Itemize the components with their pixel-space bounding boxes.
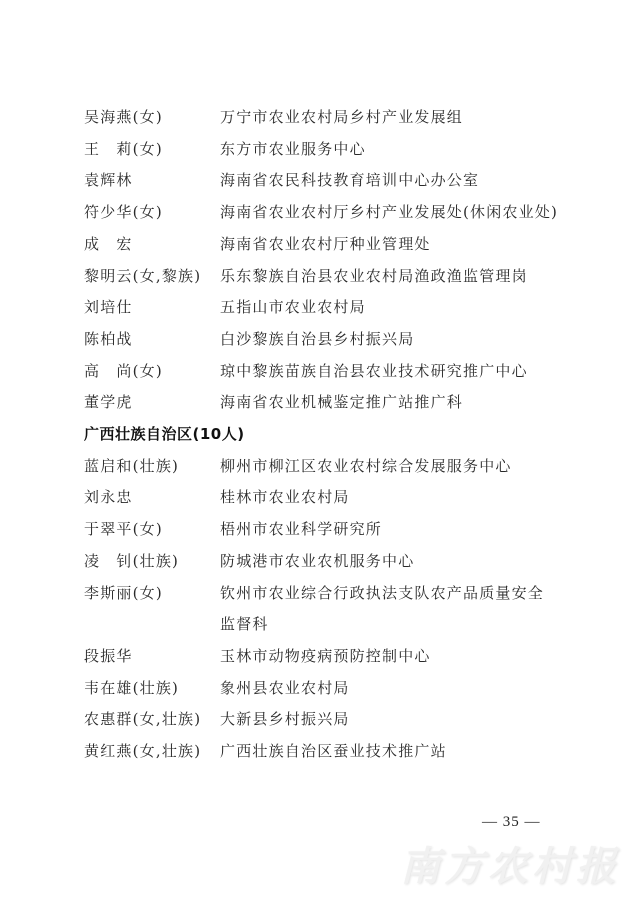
person-name: 蓝启和(壮族) [84, 451, 220, 483]
list-item: 董学虎 海南省农业机械鉴定推广站推广科 [84, 387, 564, 419]
organization: 海南省农业农村厅种业管理处 [220, 229, 560, 261]
organization: 大新县乡村振兴局 [220, 704, 560, 736]
page-number: — 35 — [482, 814, 541, 831]
person-name: 高 尚(女) [84, 356, 220, 388]
list-item: 蓝启和(壮族) 柳州市柳江区农业农村综合发展服务中心 [84, 451, 564, 483]
person-name: 李斯丽(女) [84, 578, 220, 610]
organization: 万宁市农业农村局乡村产业发展组 [220, 102, 560, 134]
list-item: 凌 钊(壮族) 防城港市农业农机服务中心 [84, 546, 564, 578]
person-name: 段振华 [84, 641, 220, 673]
list-item: 刘永忠 桂林市农业农村局 [84, 482, 564, 514]
person-name: 吴海燕(女) [84, 102, 220, 134]
person-name: 刘永忠 [84, 482, 220, 514]
person-name: 于翠平(女) [84, 514, 220, 546]
document-page: 吴海燕(女) 万宁市农业农村局乡村产业发展组 王 莉(女) 东方市农业服务中心 … [0, 0, 640, 905]
person-name: 符少华(女) [84, 197, 220, 229]
person-name: 刘培仕 [84, 292, 220, 324]
list-item: 符少华(女) 海南省农业农村厅乡村产业发展处(休闲农业处) [84, 197, 564, 229]
list-item: 黎明云(女,黎族) 乐东黎族自治县农业农村局渔政渔监管理岗 [84, 261, 564, 293]
organization: 防城港市农业农机服务中心 [220, 546, 560, 578]
list-item: 高 尚(女) 琼中黎族苗族自治县农业技术研究推广中心 [84, 356, 564, 388]
organization: 钦州市农业综合行政执法支队农产品质量安全监督科 [220, 578, 560, 641]
honoree-list: 吴海燕(女) 万宁市农业农村局乡村产业发展组 王 莉(女) 东方市农业服务中心 … [84, 102, 564, 768]
list-item: 黄红燕(女,壮族) 广西壮族自治区蚕业技术推广站 [84, 736, 564, 768]
list-item: 段振华 玉林市动物疫病预防控制中心 [84, 641, 564, 673]
organization: 琼中黎族苗族自治县农业技术研究推广中心 [220, 356, 560, 388]
person-name: 陈柏战 [84, 324, 220, 356]
organization: 象州县农业农村局 [220, 673, 560, 705]
list-item: 农惠群(女,壮族) 大新县乡村振兴局 [84, 704, 564, 736]
organization: 东方市农业服务中心 [220, 134, 560, 166]
list-item: 韦在雄(壮族) 象州县农业农村局 [84, 673, 564, 705]
person-name: 袁辉林 [84, 165, 220, 197]
list-item: 吴海燕(女) 万宁市农业农村局乡村产业发展组 [84, 102, 564, 134]
list-item: 成 宏 海南省农业农村厅种业管理处 [84, 229, 564, 261]
person-name: 王 莉(女) [84, 134, 220, 166]
organization: 玉林市动物疫病预防控制中心 [220, 641, 560, 673]
list-item: 李斯丽(女) 钦州市农业综合行政执法支队农产品质量安全监督科 [84, 578, 564, 641]
person-name: 凌 钊(壮族) [84, 546, 220, 578]
organization: 乐东黎族自治县农业农村局渔政渔监管理岗 [220, 261, 560, 293]
list-item: 袁辉林 海南省农民科技教育培训中心办公室 [84, 165, 564, 197]
organization: 海南省农业农村厅乡村产业发展处(休闲农业处) [220, 197, 560, 229]
organization: 海南省农业机械鉴定推广站推广科 [220, 387, 560, 419]
section-heading-guangxi: 广西壮族自治区(10人) [84, 419, 564, 451]
organization: 五指山市农业农村局 [220, 292, 560, 324]
person-name: 黎明云(女,黎族) [84, 261, 220, 293]
list-item: 王 莉(女) 东方市农业服务中心 [84, 134, 564, 166]
person-name: 成 宏 [84, 229, 220, 261]
organization: 广西壮族自治区蚕业技术推广站 [220, 736, 560, 768]
organization: 白沙黎族自治县乡村振兴局 [220, 324, 560, 356]
person-name: 农惠群(女,壮族) [84, 704, 220, 736]
organization: 桂林市农业农村局 [220, 482, 560, 514]
person-name: 韦在雄(壮族) [84, 673, 220, 705]
organization: 柳州市柳江区农业农村综合发展服务中心 [220, 451, 560, 483]
watermark-logo: 南方农村报 [400, 835, 620, 892]
person-name: 董学虎 [84, 387, 220, 419]
organization: 海南省农民科技教育培训中心办公室 [220, 165, 560, 197]
list-item: 于翠平(女) 梧州市农业科学研究所 [84, 514, 564, 546]
organization: 梧州市农业科学研究所 [220, 514, 560, 546]
list-item: 陈柏战 白沙黎族自治县乡村振兴局 [84, 324, 564, 356]
list-item: 刘培仕 五指山市农业农村局 [84, 292, 564, 324]
person-name: 黄红燕(女,壮族) [84, 736, 220, 768]
